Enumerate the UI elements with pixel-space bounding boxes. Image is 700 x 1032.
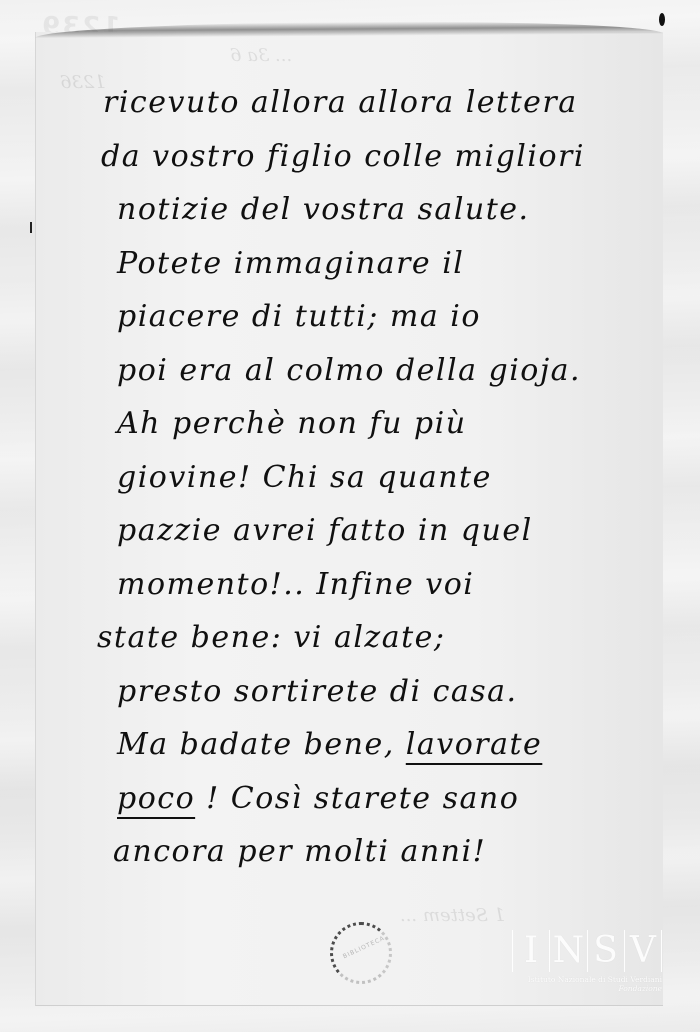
ink-mark (659, 13, 665, 26)
letter-line: Potete immaginare il (117, 239, 677, 293)
letter-line: Ma badate bene, lavorate (117, 720, 677, 774)
letter-line: giovine! Chi sa quante (117, 453, 677, 507)
watermark-letter: S (588, 930, 625, 972)
letter-line: Ah perchè non fu più (117, 399, 677, 453)
letter-line: notizie del vostra salute. (117, 185, 677, 239)
handwritten-letter: ricevuto allora allora lettera da vostro… (95, 78, 655, 881)
watermark-letter: V (625, 930, 662, 972)
insv-watermark: I N S V Istituto Nazionale di Studi Verd… (512, 930, 662, 1000)
watermark-letter: N (550, 930, 587, 972)
library-stamp (330, 922, 392, 984)
letter-line: poi era al colmo della gioja. (117, 346, 677, 400)
letter-line: ricevuto allora allora lettera (103, 78, 663, 132)
letter-line: ancora per molti anni! (113, 827, 673, 881)
watermark-logo: I N S V (512, 930, 662, 972)
letter-line: momento!.. Infine voi (117, 560, 677, 614)
letter-line: piacere di tutti; ma io (117, 292, 677, 346)
letter-line: pazzie avrei fatto in quel (117, 506, 677, 560)
watermark-subtitle: Fondazione (512, 984, 662, 993)
bleed-through-text: ... 3a 6 (230, 45, 292, 66)
letter-line: da vostro figlio colle migliori (101, 132, 661, 186)
watermark-institution: Istituto Nazionale di Studi Verdiani (512, 975, 662, 984)
letter-line: presto sortirete di casa. (117, 667, 677, 721)
letter-line: state bene: vi alzate; (97, 613, 657, 667)
letter-line: poco ! Così starete sano (117, 774, 677, 828)
underlined-word: poco (117, 781, 195, 816)
underlined-word: lavorate (406, 727, 543, 762)
bleed-through-text: 1 Settem ... (400, 905, 505, 926)
watermark-letter: I (513, 930, 550, 972)
margin-mark (30, 222, 32, 233)
